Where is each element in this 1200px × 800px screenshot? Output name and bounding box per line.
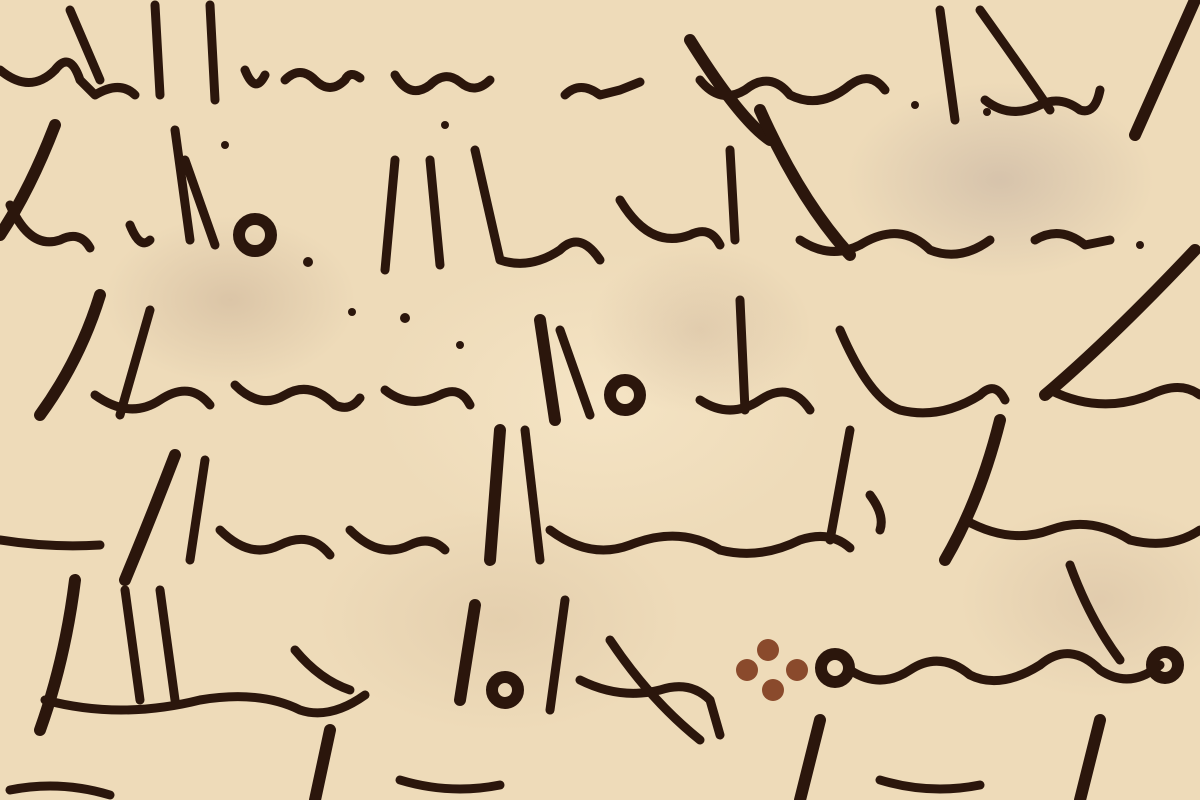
script-line-5 — [40, 565, 1178, 740]
diacritic-dots — [221, 101, 1144, 349]
script-line-1 — [0, 0, 1195, 140]
rubric-dot-bottom — [762, 679, 784, 701]
script-line-3 — [40, 295, 1200, 420]
script-line-6 — [10, 720, 1100, 800]
rubric-dot-left — [736, 659, 758, 681]
rubric-dot-top — [757, 639, 779, 661]
manuscript-script — [0, 0, 1200, 800]
script-line-4 — [0, 420, 1200, 580]
rubric-dot-right — [786, 659, 808, 681]
script-line-2 — [0, 110, 1195, 395]
